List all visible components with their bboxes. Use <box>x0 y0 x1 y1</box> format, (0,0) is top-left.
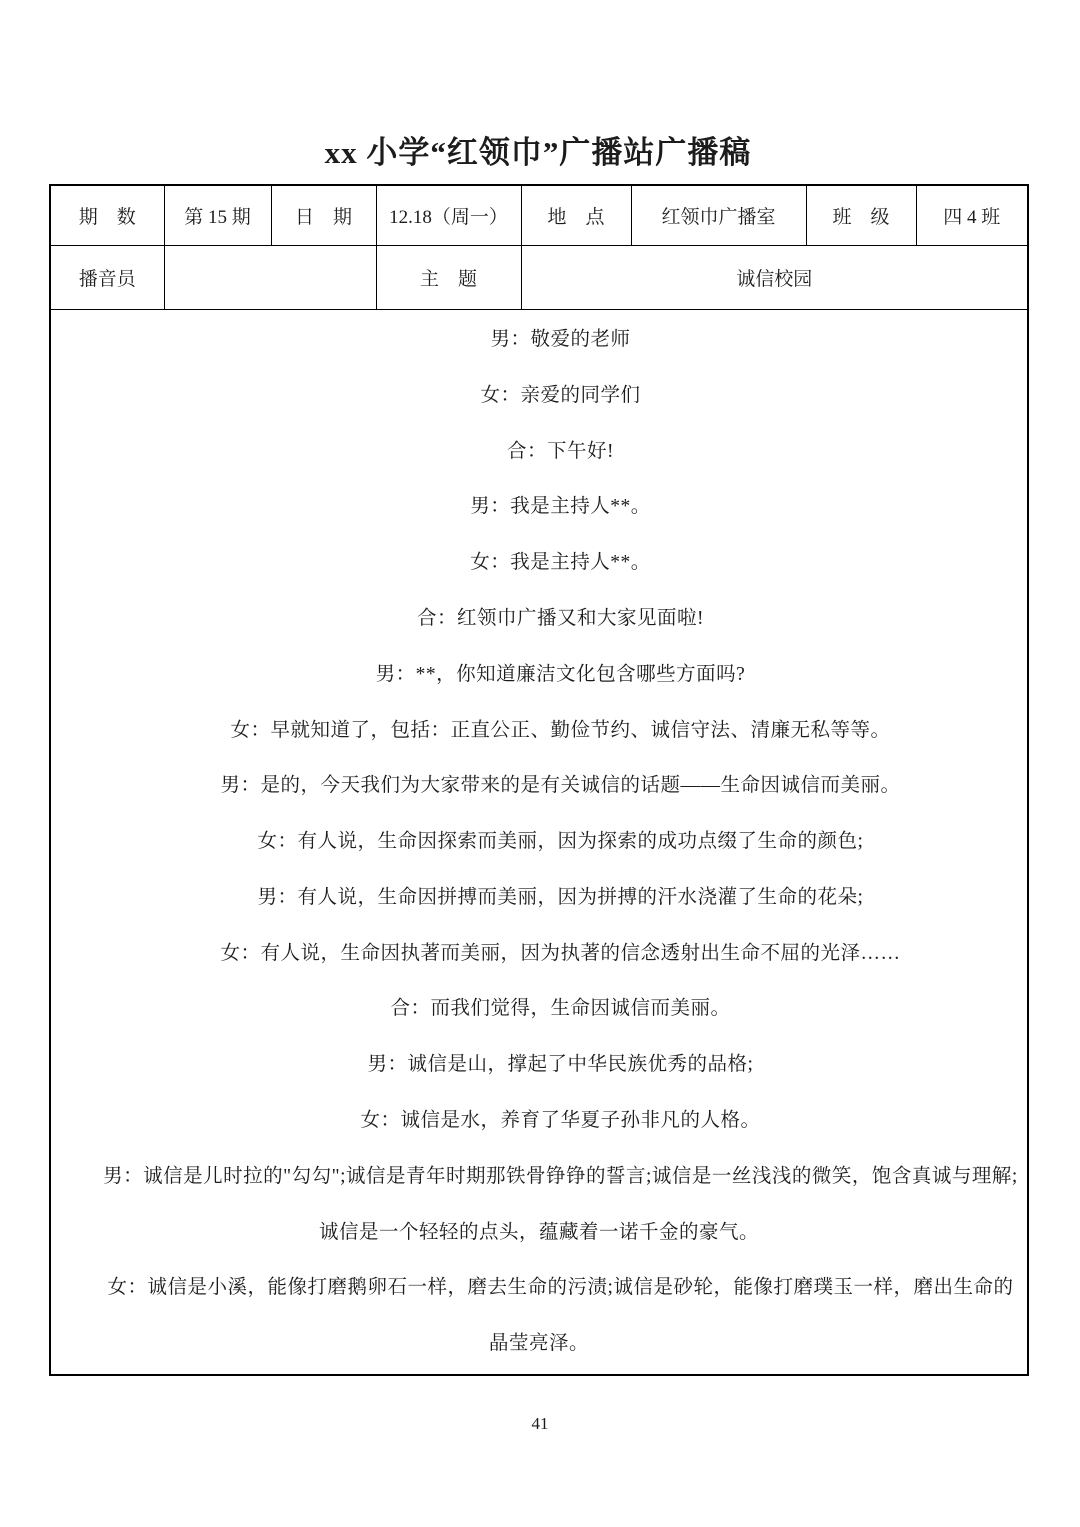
script-line: 合：而我们觉得，生命因诚信而美丽。 <box>55 981 1023 1037</box>
script-line: 女：诚信是水，养育了华夏子孙非凡的人格。 <box>55 1093 1023 1149</box>
page-number: 41 <box>0 1414 1080 1434</box>
script-line: 合：下午好! <box>55 424 1023 480</box>
date-label-cell: 日 期 <box>271 185 376 246</box>
script-line: 男：敬爱的老师 <box>55 312 1023 368</box>
script-body-cell: 男：敬爱的老师 女：亲爱的同学们 合：下午好! 男：我是主持人**。 女：我是主… <box>50 310 1028 1376</box>
topic-label-cell: 主 题 <box>376 246 521 310</box>
class-label-cell: 班 级 <box>806 185 916 246</box>
script-line: 男：诚信是儿时拉的"勾勾";诚信是青年时期那铁骨铮铮的誓言;诚信是一丝浅浅的微笑… <box>55 1149 1023 1261</box>
place-label-cell: 地 点 <box>521 185 631 246</box>
issue-value-cell: 第 15 期 <box>164 185 271 246</box>
script-line: 女：早就知道了，包括：正直公正、勤俭节约、诚信守法、清廉无私等等。 <box>55 703 1023 759</box>
broadcast-info-table: 期 数 第 15 期 日 期 12.18（周一） 地 点 红领巾广播室 班 级 … <box>49 184 1029 1376</box>
document-page: xx 小学“红领巾”广播站广播稿 期 数 第 15 期 日 期 12.18（周一… <box>0 0 1080 1527</box>
date-value-cell: 12.18（周一） <box>376 185 521 246</box>
script-line: 女：亲爱的同学们 <box>55 368 1023 424</box>
script-line: 男：有人说，生命因拼搏而美丽，因为拼搏的汗水浇灌了生命的花朵; <box>55 870 1023 926</box>
script-line: 女：诚信是小溪，能像打磨鹅卵石一样，磨去生命的污渍;诚信是砂轮，能像打磨璞玉一样… <box>55 1260 1023 1372</box>
script-line: 女：我是主持人**。 <box>55 535 1023 591</box>
script-line: 合：红领巾广播又和大家见面啦! <box>55 591 1023 647</box>
announcer-label-cell: 播音员 <box>50 246 164 310</box>
script-line: 女：有人说，生命因探索而美丽，因为探索的成功点缀了生命的颜色; <box>55 814 1023 870</box>
info-row-2: 播音员 主 题 诚信校园 <box>50 246 1028 310</box>
class-value-cell: 四 4 班 <box>916 185 1028 246</box>
script-line: 女：有人说，生命因执著而美丽，因为执著的信念透射出生命不屈的光泽…… <box>55 926 1023 982</box>
issue-label-cell: 期 数 <box>50 185 164 246</box>
topic-value-cell: 诚信校园 <box>521 246 1028 310</box>
script-line: 男：**，你知道廉洁文化包含哪些方面吗? <box>55 647 1023 703</box>
page-title: xx 小学“红领巾”广播站广播稿 <box>49 127 1027 172</box>
script-row: 男：敬爱的老师 女：亲爱的同学们 合：下午好! 男：我是主持人**。 女：我是主… <box>50 310 1028 1376</box>
script-line: 男：我是主持人**。 <box>55 479 1023 535</box>
info-row-1: 期 数 第 15 期 日 期 12.18（周一） 地 点 红领巾广播室 班 级 … <box>50 185 1028 246</box>
announcer-value-cell <box>164 246 376 310</box>
script-line: 男：诚信是山，撑起了中华民族优秀的品格; <box>55 1037 1023 1093</box>
place-value-cell: 红领巾广播室 <box>631 185 806 246</box>
script-line: 男：是的，今天我们为大家带来的是有关诚信的话题——生命因诚信而美丽。 <box>55 758 1023 814</box>
